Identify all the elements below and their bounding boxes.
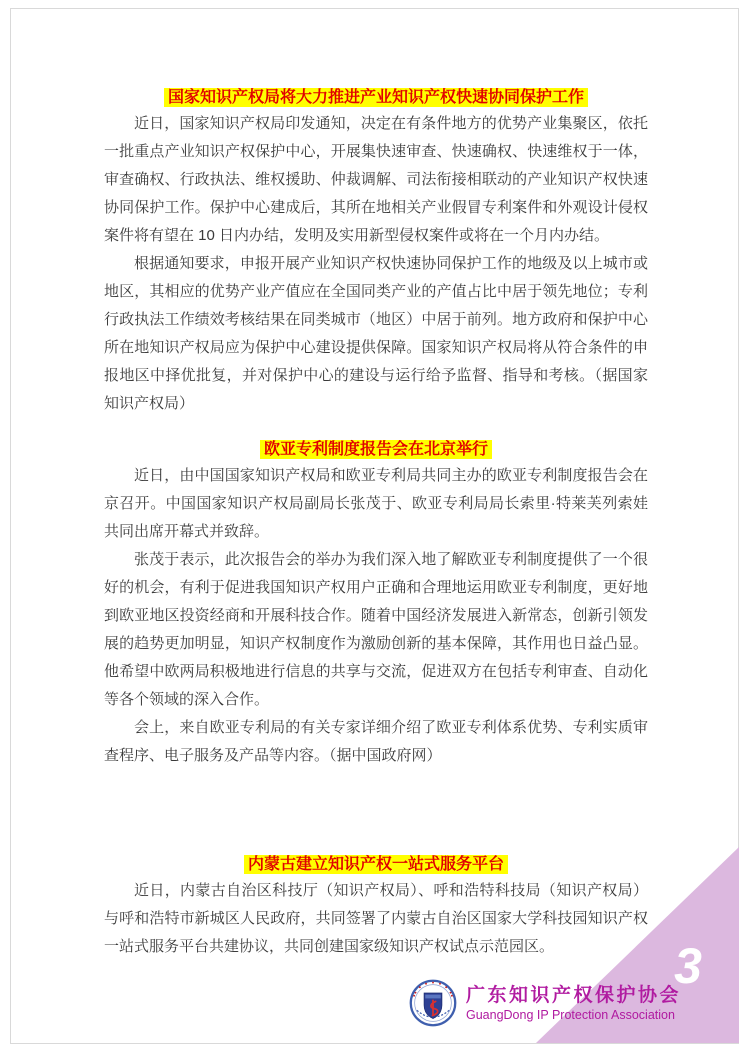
article-2-paragraph-2: 张茂于表示，此次报告会的举办为我们深入地了解欧亚专利制度提供了一个很好的机会，有… — [104, 546, 648, 714]
article-1-paragraph-2: 根据通知要求，申报开展产业知识产权快速协同保护工作的地级及以上城市或地区，其相应… — [104, 250, 648, 418]
article-2-paragraph-3: 会上，来自欧亚专利局的有关专家详细介绍了欧亚专利体系优势、专利实质审查程序、电子… — [104, 714, 648, 770]
association-name-en: GuangDong IP Protection Association — [466, 1007, 681, 1023]
article-2-title-highlight: 欧亚专利制度报告会在北京举行 — [260, 440, 492, 459]
association-names: 广东知识产权保护协会 GuangDong IP Protection Assoc… — [466, 984, 681, 1023]
footer-branding: 广东知识产权保护协会 GuangDong IP Protection Assoc… — [409, 979, 681, 1027]
newsletter-content: 国家知识产权局将大力推进产业知识产权快速协同保护工作 近日，国家知识产权局印发通… — [104, 0, 648, 961]
article-2-paragraph-1: 近日，由中国国家知识产权局和欧亚专利局共同主办的欧亚专利制度报告会在京召开。中国… — [104, 462, 648, 546]
article-1-title-highlight: 国家知识产权局将大力推进产业知识产权快速协同保护工作 — [164, 88, 588, 107]
article-3-title: 内蒙古建立知识产权一站式服务平台 — [104, 853, 648, 877]
document-page: 3 国家知识产权局将大力推进产业知识产权快速协同保护工作 近日，国家知识产权局印… — [0, 0, 750, 1054]
article-1-title: 国家知识产权局将大力推进产业知识产权快速协同保护工作 — [104, 86, 648, 110]
article-3-paragraph-1: 近日，内蒙古自治区科技厅（知识产权局）、呼和浩特科技局（知识产权局）与呼和浩特市… — [104, 877, 648, 961]
association-name-cn: 广东知识产权保护协会 — [466, 984, 681, 1007]
article-1-paragraph-1: 近日，国家知识产权局印发通知，决定在有条件地方的优势产业集聚区，依托一批重点产业… — [104, 110, 648, 250]
article-3-title-highlight: 内蒙古建立知识产权一站式服务平台 — [244, 855, 508, 874]
association-emblem-icon — [409, 979, 457, 1027]
article-2-title: 欧亚专利制度报告会在北京举行 — [104, 438, 648, 462]
